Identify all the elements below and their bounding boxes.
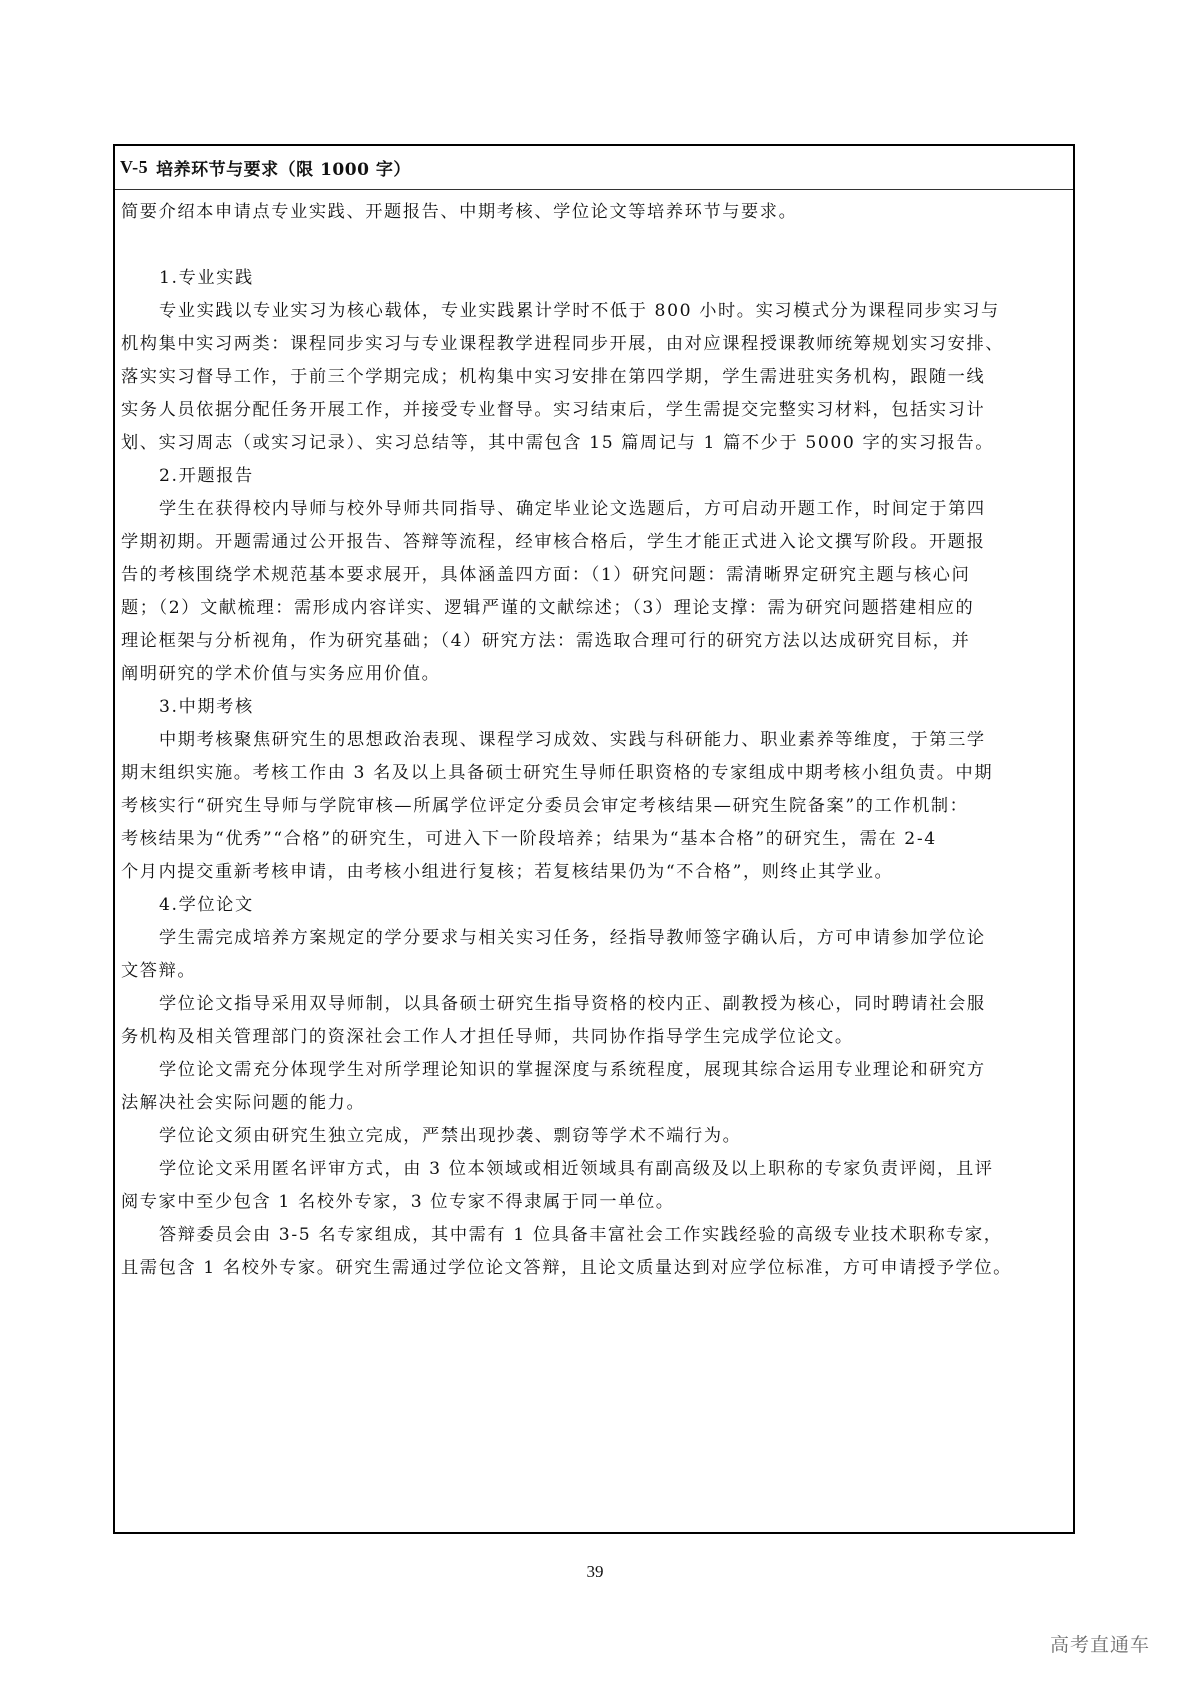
- part-heading-practice: 1.专业实践: [121, 262, 1067, 295]
- paragraph-line: 学位论文采用匿名评审方式，由 3 位本领域或相近领域具有副高级及以上职称的专家负…: [121, 1153, 1067, 1186]
- part-heading-thesis: 4.学位论文: [121, 889, 1067, 922]
- paragraph-line: 考核结果为“优秀”“合格”的研究生，可进入下一阶段培养；结果为“基本合格”的研究…: [121, 823, 1067, 856]
- paragraph-line: 务机构及相关管理部门的资深社会工作人才担任导师，共同协作指导学生完成学位论文。: [121, 1021, 1067, 1054]
- paragraph-line: 实务人员依据分配任务开展工作，并接受专业督导。实习结束后，学生需提交完整实习材料…: [121, 394, 1067, 427]
- paragraph-line: 学生需完成培养方案规定的学分要求与相关实习任务，经指导教师签字确认后，方可申请参…: [121, 922, 1067, 955]
- watermark: 高考直通车: [1050, 1630, 1150, 1657]
- paragraph-line: 学位论文需充分体现学生对所学理论知识的掌握深度与系统程度，展现其综合运用专业理论…: [121, 1054, 1067, 1087]
- paragraph-line: 考核实行“研究生导师与学院审核—所属学位评定分委员会审定考核结果—研究生院备案”…: [121, 790, 1067, 823]
- paragraph-line: 阐明研究的学术价值与实务应用价值。: [121, 658, 1067, 691]
- paragraph-line: 机构集中实习两类：课程同步实习与专业课程教学进程同步开展，由对应课程授课教师统筹…: [121, 328, 1067, 361]
- paragraph-line: 答辩委员会由 3-5 名专家组成，其中需有 1 位具备丰富社会工作实践经验的高级…: [121, 1219, 1067, 1252]
- paragraph-line: 法解决社会实际问题的能力。: [121, 1087, 1067, 1120]
- section-intro: 简要介绍本申请点专业实践、开题报告、中期考核、学位论文等培养环节与要求。: [121, 196, 1067, 229]
- paragraph-line: 学期初期。开题需通过公开报告、答辩等流程，经审核合格后，学生才能正式进入论文撰写…: [121, 526, 1067, 559]
- paragraph-line: 学生在获得校内导师与校外导师共同指导、确定毕业论文选题后，方可启动开题工作，时间…: [121, 493, 1067, 526]
- paragraph-line: 告的考核围绕学术规范基本要求展开，具体涵盖四方面：（1）研究问题：需清晰界定研究…: [121, 559, 1067, 592]
- paragraph-line: 中期考核聚焦研究生的思想政治表现、课程学习成效、实践与科研能力、职业素养等维度，…: [121, 724, 1067, 757]
- paragraph-line: 专业实践以专业实习为核心载体，专业实践累计学时不低于 800 小时。实习模式分为…: [121, 295, 1067, 328]
- part-heading-proposal: 2.开题报告: [121, 460, 1067, 493]
- paragraph-line: 划、实习周志（或实习记录）、实习总结等，其中需包含 15 篇周记与 1 篇不少于…: [121, 427, 1067, 460]
- section-title: 培养环节与要求（限 1000 字）: [156, 155, 411, 180]
- paragraph-line: 阅专家中至少包含 1 名校外专家，3 位专家不得隶属于同一单位。: [121, 1186, 1067, 1219]
- paragraph-line: 个月内提交重新考核申请，由考核小组进行复核；若复核结果仍为“不合格”，则终止其学…: [121, 856, 1067, 889]
- part-heading-midterm: 3.中期考核: [121, 691, 1067, 724]
- page-number: 39: [0, 1562, 1190, 1582]
- paragraph-line: 且需包含 1 名校外专家。研究生需通过学位论文答辩，且论文质量达到对应学位标准，…: [121, 1252, 1067, 1285]
- form-table: V-5 培养环节与要求（限 1000 字） 简要介绍本申请点专业实践、开题报告、…: [113, 144, 1075, 1534]
- paragraph-line: 学位论文指导采用双导师制，以具备硕士研究生指导资格的校内正、副教授为核心，同时聘…: [121, 988, 1067, 1021]
- paragraph-line: 落实实习督导工作，于前三个学期完成；机构集中实习安排在第四学期，学生需进驻实务机…: [121, 361, 1067, 394]
- paragraph-line: 题；（2）文献梳理：需形成内容详实、逻辑严谨的文献综述；（3）理论支撑：需为研究…: [121, 592, 1067, 625]
- section-body: 简要介绍本申请点专业实践、开题报告、中期考核、学位论文等培养环节与要求。 1.专…: [115, 190, 1073, 1285]
- section-code: V-5: [120, 157, 148, 178]
- paragraph-line: 期末组织实施。考核工作由 3 名及以上具备硕士研究生导师任职资格的专家组成中期考…: [121, 757, 1067, 790]
- section-header: V-5 培养环节与要求（限 1000 字）: [115, 146, 1073, 190]
- paragraph-line: 理论框架与分析视角，作为研究基础；（4）研究方法：需选取合理可行的研究方法以达成…: [121, 625, 1067, 658]
- paragraph-line: 学位论文须由研究生独立完成，严禁出现抄袭、剽窃等学术不端行为。: [121, 1120, 1067, 1153]
- paragraph-line: 文答辩。: [121, 955, 1067, 988]
